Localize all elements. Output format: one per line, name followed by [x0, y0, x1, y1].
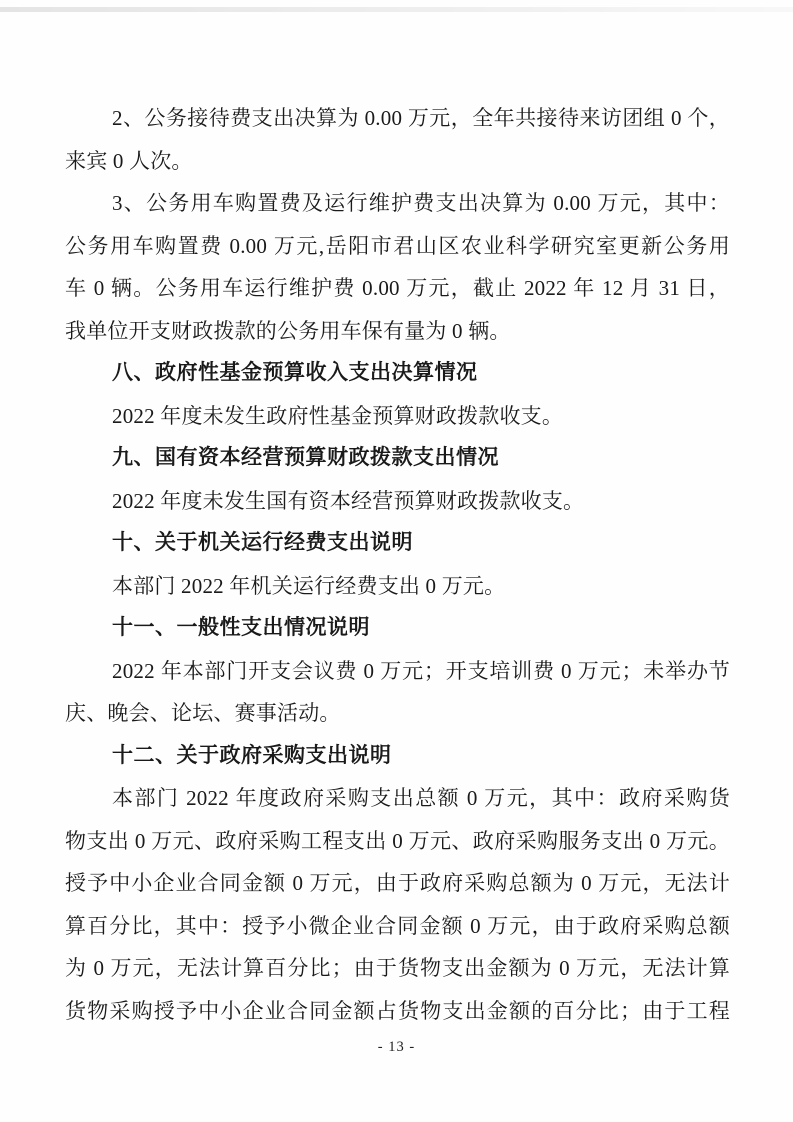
text-line: 2022 年度未发生政府性基金预算财政拨款收支。 — [65, 395, 730, 438]
text-line: 为 0 万元，无法计算百分比；由于货物支出金额为 0 万元，无法计算 — [65, 947, 730, 990]
section-heading: 十二、关于政府采购支出说明 — [65, 735, 730, 778]
text-line: 算百分比，其中：授予小微企业合同金额 0 万元，由于政府采购总额 — [65, 905, 730, 948]
section-heading: 八、政府性基金预算收入支出决算情况 — [65, 352, 730, 395]
text-line: 货物采购授予中小企业合同金额占货物支出金额的百分比；由于工程 — [65, 990, 730, 1033]
text-line: 本部门 2022 年度政府采购支出总额 0 万元，其中：政府采购货 — [65, 777, 730, 820]
text-line: 庆、晚会、论坛、赛事活动。 — [65, 692, 730, 735]
document-body: 2、公务接待费支出决算为 0.00 万元，全年共接待来访团组 0 个， 来宾 0… — [65, 97, 730, 1032]
text-line: 我单位开支财政拨款的公务用车保有量为 0 辆。 — [65, 310, 730, 353]
text-line: 3、公务用车购置费及运行维护费支出决算为 0.00 万元，其中： — [65, 182, 730, 225]
text-line: 本部门 2022 年机关运行经费支出 0 万元。 — [65, 565, 730, 608]
page-number: - 13 - — [0, 1036, 793, 1058]
document-page: 2、公务接待费支出决算为 0.00 万元，全年共接待来访团组 0 个， 来宾 0… — [0, 0, 793, 1122]
text-line: 物支出 0 万元、政府采购工程支出 0 万元、政府采购服务支出 0 万元。 — [65, 820, 730, 863]
section-heading: 九、国有资本经营预算财政拨款支出情况 — [65, 437, 730, 480]
text-line: 2022 年本部门开支会议费 0 万元；开支培训费 0 万元；未举办节 — [65, 650, 730, 693]
section-heading: 十一、一般性支出情况说明 — [65, 607, 730, 650]
text-line: 授予中小企业合同金额 0 万元，由于政府采购总额为 0 万元，无法计 — [65, 862, 730, 905]
text-line: 车 0 辆。公务用车运行维护费 0.00 万元，截止 2022 年 12 月 3… — [65, 267, 730, 310]
section-heading: 十、关于机关运行经费支出说明 — [65, 522, 730, 565]
text-line: 公务用车购置费 0.00 万元,岳阳市君山区农业科学研究室更新公务用 — [65, 225, 730, 268]
text-line: 来宾 0 人次。 — [65, 140, 730, 183]
text-line: 2022 年度未发生国有资本经营预算财政拨款收支。 — [65, 480, 730, 523]
text-line: 2、公务接待费支出决算为 0.00 万元，全年共接待来访团组 0 个， — [65, 97, 730, 140]
scan-artifact-line — [0, 7, 793, 12]
